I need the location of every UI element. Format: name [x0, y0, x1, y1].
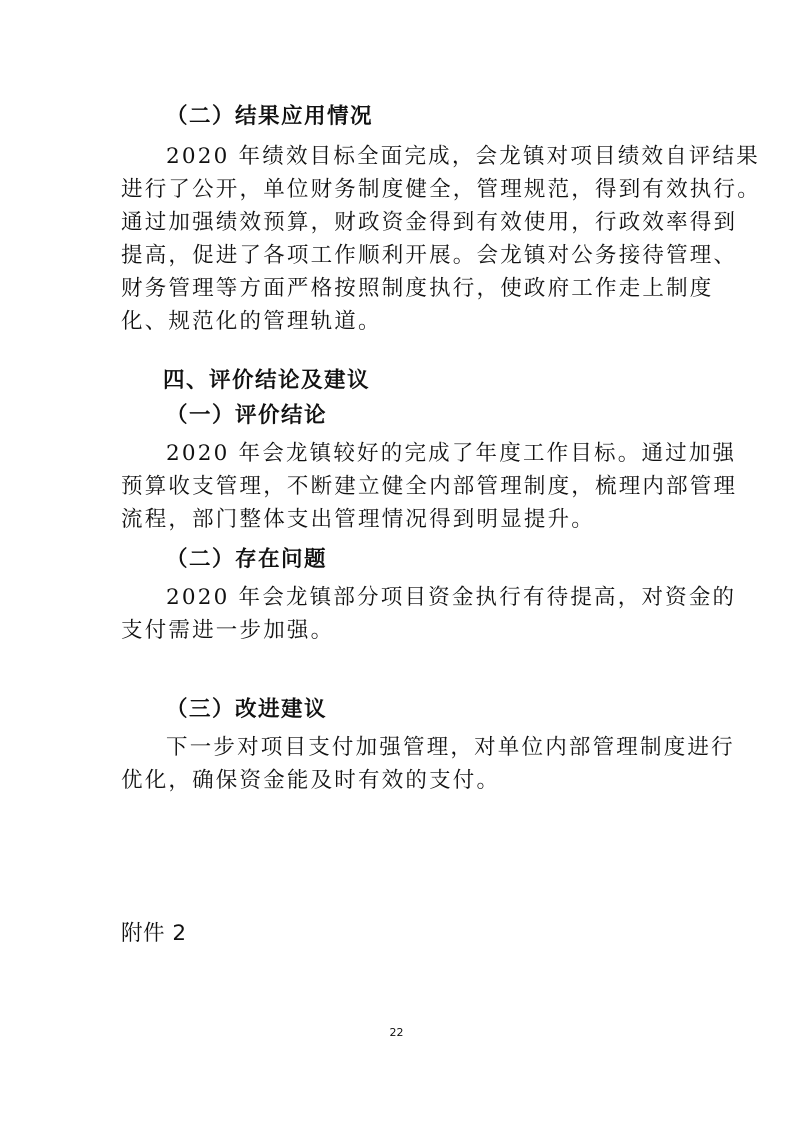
section-heading-evaluation-conclusion: （一）评价结论	[166, 403, 327, 429]
paragraph-line: 2020 年会龙镇较好的完成了年度工作目标。通过加强	[166, 441, 736, 467]
paragraph-line: 流程，部门整体支出管理情况得到明显提升。	[121, 507, 595, 533]
paragraph-line: 财务管理等方面严格按照制度执行，使政府工作走上制度	[121, 276, 714, 302]
section-heading-existing-problems: （二）存在问题	[166, 547, 327, 573]
section-heading-improvement-suggestions: （三）改进建议	[166, 697, 327, 723]
section-heading-result-application: （二）结果应用情况	[166, 104, 373, 130]
paragraph-line: 优化，确保资金能及时有效的支付。	[121, 768, 500, 794]
paragraph-line: 提高，促进了各项工作顺利开展。会龙镇对公务接待管理、	[121, 243, 737, 269]
paragraph-line: 预算收支管理，不断建立健全内部管理制度，梳理内部管理	[121, 474, 737, 500]
paragraph-line: 2020 年绩效目标全面完成，会龙镇对项目绩效自评结果	[166, 144, 760, 170]
paragraph-line: 化、规范化的管理轨道。	[121, 309, 382, 335]
paragraph-line: 下一步对项目支付加强管理，对单位内部管理制度进行	[166, 735, 735, 761]
section-heading-conclusions: 四、评价结论及建议	[163, 368, 370, 394]
attachment-label: 附件 2	[121, 921, 187, 947]
paragraph-line: 通过加强绩效预算，财政资金得到有效使用，行政效率得到	[121, 210, 737, 236]
paragraph-line: 进行了公开，单位财务制度健全，管理规范，得到有效执行。	[121, 177, 761, 203]
paragraph-line: 2020 年会龙镇部分项目资金执行有待提高，对资金的	[166, 585, 736, 611]
page-number: 22	[0, 1026, 793, 1039]
paragraph-line: 支付需进一步加强。	[121, 618, 334, 644]
